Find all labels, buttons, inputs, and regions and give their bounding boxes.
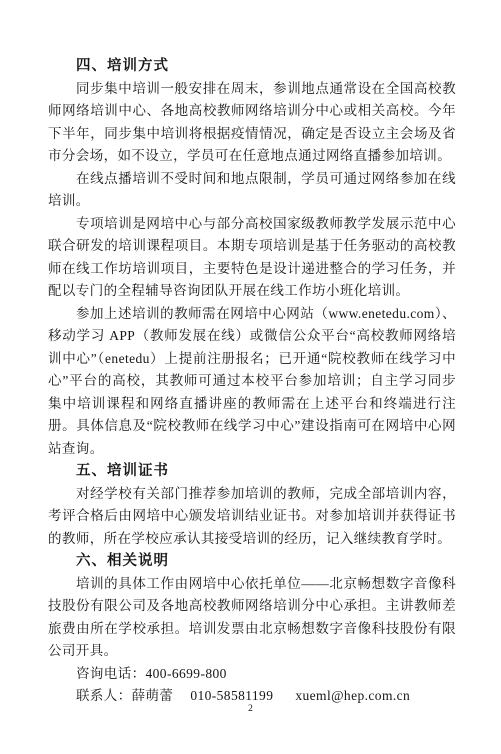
paragraph-special-training: 专项培训是网培中心与部分高校国家级教师教学发展示范中心联合研发的培训课程项目。本… <box>48 213 456 303</box>
paragraph-registration: 参加上述培训的教师需在网培中心网站（www.enetedu.com）、移动学习 … <box>48 303 456 461</box>
contact-person-phone: 010-58581199 <box>190 688 273 703</box>
contact-person-label: 联系人： <box>76 688 132 703</box>
section-heading-training-certificate: 五、培训证书 <box>48 460 456 483</box>
page-number: 2 <box>0 703 501 715</box>
paragraph-sync-training: 同步集中培训一般安排在周末，参训地点通常设在全国高校教师网络培训中心、各地高校教… <box>48 78 456 168</box>
paragraph-online-ondemand: 在线点播培训不受时间和地点限制，学员可通过网络参加在线培训。 <box>48 168 456 213</box>
section-heading-training-methods: 四、培训方式 <box>48 55 456 78</box>
contact-person-email: xueml@hep.com.cn <box>295 688 410 703</box>
paragraph-related-notes: 培训的具体工作由网培中心依托单位——北京畅想数字音像科技股份有限公司及各地高校教… <box>48 573 456 663</box>
section-heading-related-notes: 六、相关说明 <box>48 550 456 573</box>
contact-person-name: 薛萌蕾 <box>132 688 174 703</box>
hotline-line: 咨询电话：400-6699-800 <box>48 663 456 686</box>
hotline-label: 咨询电话： <box>76 666 146 681</box>
paragraph-certificate: 对经学校有关部门推荐参加培训的教师，完成全部培训内容，考评合格后由网培中心颁发培… <box>48 483 456 551</box>
document-page: 四、培训方式 同步集中培训一般安排在周末，参训地点通常设在全国高校教师网络培训中… <box>0 0 501 754</box>
hotline-number: 400-6699-800 <box>146 666 227 681</box>
document-content: 四、培训方式 同步集中培训一般安排在周末，参训地点通常设在全国高校教师网络培训中… <box>48 55 456 708</box>
